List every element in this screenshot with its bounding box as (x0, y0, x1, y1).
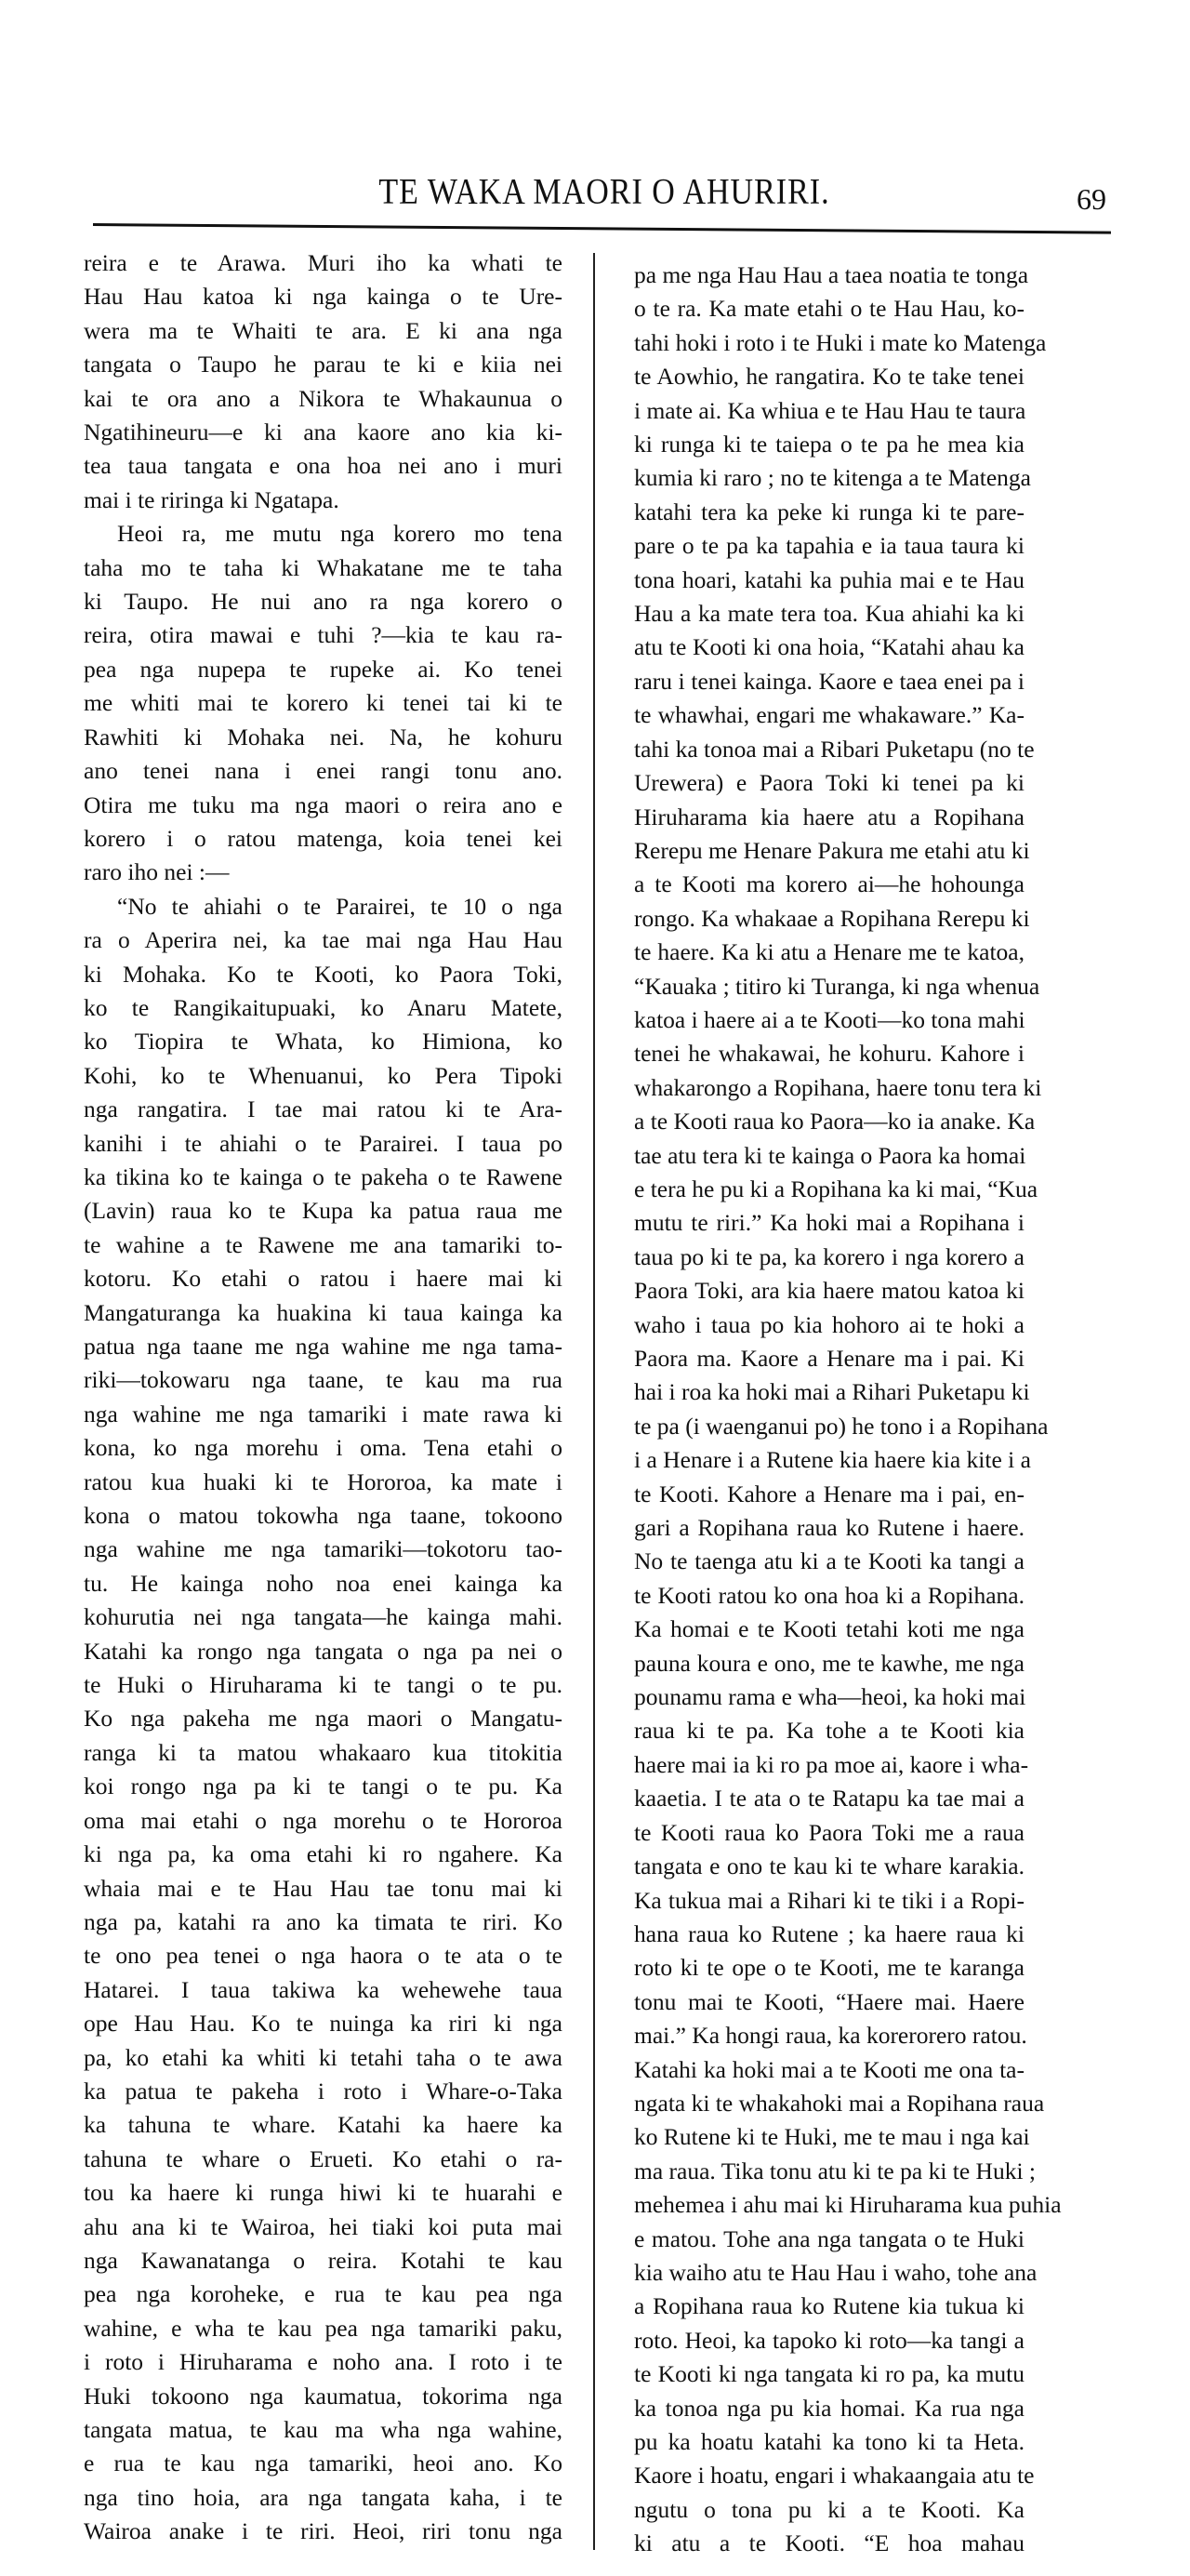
text-line: a te Kooti raua ko Paora—ko ia anake. Ka (634, 1105, 1025, 1138)
text-line: “No te ahiahi o te Parairei, te 10 o nga (84, 890, 562, 923)
text-line: pounamu rama e wha—heoi, ka hoki mai (634, 1680, 1025, 1714)
text-line: korero i o ratou matenga, koia tenei kei (84, 822, 562, 856)
text-line: ko Tiopira te Whata, ko Himiona, ko (84, 1025, 562, 1058)
text-line: taha mo te taha ki Whakatane me te taha (84, 551, 562, 585)
text-line: Katahi ka hoki mai a te Kooti me ona ta- (634, 2053, 1025, 2087)
text-line: te pa (i waenganui po) he tono i a Ropih… (634, 1410, 1025, 1443)
text-line: roto. Heoi, ka tapoko ki roto—ka tangi a (634, 2324, 1025, 2357)
text-line: mai i te riringa ki Ngatapa. (84, 484, 562, 517)
text-line: haere mai ia ki ro pa moe ai, kaore i wh… (634, 1748, 1025, 1782)
text-line: te Huki o Hiruharama ki te tangi o te pu… (84, 1668, 562, 1702)
text-line: tangata o Taupo he parau te ki e kiia ne… (84, 348, 562, 381)
text-line: ope Hau Hau. Ko te nuinga ka riri ki nga (84, 2007, 562, 2040)
text-line: Paora ma. Kaore a Henare ma i pai. Ki (634, 1342, 1025, 1375)
text-line: koi rongo nga pa ki te tangi o te pu. Ka (84, 1770, 562, 1803)
text-line: pea nga nupepa te rupeke ai. Ko tenei (84, 653, 562, 686)
text-line: ahu ana ki te Wairoa, hei tiaki koi puta… (84, 2211, 562, 2244)
text-line: kohurutia nei nga tangata—he kainga mahi… (84, 1600, 562, 1634)
text-line: kona o matou tokowha nga taane, tokoono (84, 1499, 562, 1533)
text-line: Ko nga pakeha me nga maori o Mangatu- (84, 1702, 562, 1735)
text-line: te Kooti. Kahore a Henare ma i pai, en- (634, 1478, 1025, 1511)
text-line: i a Henare i a Rutene kia haere kia kite… (634, 1443, 1025, 1477)
text-line: katahi tera ka peke ki runga ki te pare- (634, 496, 1025, 529)
text-line: ra o Aperira nei, ka tae mai nga Hau Hau (84, 923, 562, 957)
text-line: i mate ai. Ka whiua e te Hau Hau te taur… (634, 394, 1025, 428)
text-line: tu. He kainga noho noa enei kainga ka (84, 1567, 562, 1600)
right-column: pa me nga Hau Hau a taea noatia te tonga… (634, 259, 1025, 2561)
text-line: nga Kawanatanga o reira. Kotahi te kau (84, 2244, 562, 2277)
text-line: pare o te pa ka tapahia e ia taua taura … (634, 529, 1025, 563)
text-line: atu te Kooti ki ona hoia, “Katahi ahau k… (634, 631, 1025, 664)
text-line: patua nga taane me nga wahine me nga tam… (84, 1330, 562, 1363)
text-line: ki Mohaka. Ko te Kooti, ko Paora Toki, (84, 958, 562, 991)
text-line: ranga ki ta matou whakaaro kua titokitia (84, 1736, 562, 1770)
text-line: te Aowhio, he rangatira. Ko te take tene… (634, 360, 1025, 393)
text-line: ngutu o tona pu ki a te Kooti. Ka (634, 2493, 1025, 2527)
text-line: Kohi, ko te Whenuanui, ko Pera Tipoki (84, 1059, 562, 1093)
text-line: raro iho nei :— (84, 856, 562, 889)
text-line: reira e te Arawa. Muri iho ka whati te (84, 246, 562, 280)
text-line: Hatarei. I taua takiwa ka wehewehe taua (84, 1973, 562, 2007)
text-line: me whiti mai te korero ki tenei tai ki t… (84, 686, 562, 720)
text-line: ko te Rangikaitupuaki, ko Anaru Matete, (84, 991, 562, 1025)
text-line: pauna koura e ono, me te kawhe, me nga (634, 1647, 1025, 1680)
text-line: tahi hoki i roto i te Huki i mate ko Mat… (634, 326, 1025, 360)
left-column: reira e te Arawa. Muri iho ka whati teHa… (84, 246, 562, 2549)
text-line: waho i taua po kia hohoro ai te hoki a (634, 1308, 1025, 1342)
text-line: Paora Toki, ara kia haere matou katoa ki (634, 1274, 1025, 1308)
page-number: 69 (1077, 182, 1106, 217)
text-line: nga rangatira. I tae mai ratou ki te Ara… (84, 1093, 562, 1126)
text-line: roto ki te ope o te Kooti, me te karanga (634, 1951, 1025, 1985)
text-line: katoa i haere ai a te Kooti—ko tona mahi (634, 1003, 1025, 1037)
text-line: tenei he whakawai, he kohuru. Kahore i (634, 1037, 1025, 1070)
text-line: rongo. Ka whakaae a Ropihana Rerepu ki (634, 902, 1025, 936)
text-line: oma mai etahi o nga morehu o te Hororoa (84, 1804, 562, 1838)
text-line: taua po ki te pa, ka korero i nga korero… (634, 1241, 1025, 1274)
text-line: ka patua te pakeha i roto i Whare-o-Taka (84, 2075, 562, 2108)
text-line: wera ma te Whaiti te ara. E ki ana nga (84, 314, 562, 348)
text-line: Otira me tuku ma nga maori o reira ano e (84, 789, 562, 822)
text-line: Huki tokoono nga kaumatua, tokorima nga (84, 2380, 562, 2413)
text-line: Rawhiti ki Mohaka nei. Na, he kohuru (84, 721, 562, 754)
text-line: kona, ko nga morehu i oma. Tena etahi o (84, 1431, 562, 1465)
text-line: ka tikina ko te kainga o te pakeha o te … (84, 1161, 562, 1194)
text-line: nga wahine me nga tamariki i mate rawa k… (84, 1398, 562, 1431)
text-line: Rerepu me Henare Pakura me etahi atu ki (634, 834, 1025, 868)
text-line: te wahine a te Rawene me ana tamariki to… (84, 1228, 562, 1262)
text-line: mehemea i ahu mai ki Hiruharama kua puhi… (634, 2188, 1025, 2222)
text-line: te Kooti raua ko Paora Toki me a raua (634, 1816, 1025, 1850)
text-line: Hiruharama kia haere atu a Ropihana (634, 801, 1025, 834)
text-line: Ka tukua mai a Rihari ki te tiki i a Rop… (634, 1884, 1025, 1918)
newspaper-title: TE WAKA MAORI O AHURIRI. (279, 172, 930, 213)
text-line: reira, otira mawai e tuhi ?—kia te kau r… (84, 618, 562, 652)
text-line: kotoru. Ko etahi o ratou i haere mai ki (84, 1262, 562, 1295)
text-line: whaia mai e te Hau Hau tae tonu mai ki (84, 1872, 562, 1905)
text-line: pea nga koroheke, e rua te kau pea nga (84, 2277, 562, 2311)
text-line: riki—tokowaru nga taane, te kau ma rua (84, 1363, 562, 1397)
text-line: ki Taupo. He nui ano ra nga korero o (84, 585, 562, 618)
text-line: Mangaturanga ka huakina ki taua kainga k… (84, 1296, 562, 1330)
text-line: a Ropihana raua ko Rutene kia tukua ki (634, 2290, 1025, 2323)
text-line: wahine, e wha te kau pea nga tamariki pa… (84, 2312, 562, 2345)
text-line: Ka homai e te Kooti tetahi koti me nga (634, 1613, 1025, 1646)
text-line: ki runga ki te taiepa o te pa he mea kia (634, 428, 1025, 461)
text-line: i roto i Hiruharama e noho ana. I roto i… (84, 2345, 562, 2379)
text-line: o te ra. Ka mate etahi o te Hau Hau, ko- (634, 292, 1025, 325)
text-line: tona hoari, katahi ka puhia mai e te Hau (634, 564, 1025, 597)
text-line: ma raua. Tika tonu atu ki te pa ki te Hu… (634, 2155, 1025, 2188)
text-line: Hau a ka mate tera toa. Kua ahiahi ka ki (634, 597, 1025, 631)
text-line: ka tonoa nga pu kia homai. Ka rua nga (634, 2392, 1025, 2425)
text-line: Urewera) e Paora Toki ki tenei pa ki (634, 766, 1025, 800)
text-line: Wairoa anake i te riri. Heoi, riri tonu … (84, 2515, 562, 2548)
text-line: pu ka hoatu katahi ka tono ki ta Heta. (634, 2425, 1025, 2459)
text-line: Ngatihineuru—e ki ana kaore ano kia ki- (84, 416, 562, 449)
text-line: No te taenga atu ki a te Kooti ka tangi … (634, 1545, 1025, 1578)
text-line: ka tahuna te whare. Katahi ka haere ka (84, 2108, 562, 2142)
text-line: gari a Ropihana raua ko Rutene i haere. (634, 1511, 1025, 1545)
text-line: te Kooti ki nga tangata ki ro pa, ka mut… (634, 2357, 1025, 2391)
column-divider (593, 253, 595, 2550)
text-line: pa me nga Hau Hau a taea noatia te tonga (634, 259, 1025, 292)
text-line: Hau Hau katoa ki nga kainga o te Ure- (84, 280, 562, 313)
text-line: tahi ka tonoa mai a Ribari Puketapu (no … (634, 733, 1025, 766)
text-line: tangata matua, te kau ma wha nga wahine, (84, 2413, 562, 2447)
text-line: nga tino hoia, ara nga tangata kaha, i t… (84, 2481, 562, 2515)
text-line: “Kauaka ; titiro ki Turanga, ki nga when… (634, 970, 1025, 1003)
text-line: ki nga pa, ka oma etahi ki ro ngahere. K… (84, 1838, 562, 1871)
text-line: raua ki te pa. Ka tohe a te Kooti kia (634, 1714, 1025, 1747)
text-line: Heoi ra, me mutu nga korero mo tena (84, 517, 562, 551)
text-line: kia waiho atu te Hau Hau i waho, tohe an… (634, 2256, 1025, 2290)
text-line: mai.” Ka hongi raua, ka korerorero ratou… (634, 2019, 1025, 2052)
text-line: ratou kua huaki ki te Hororoa, ka mate i (84, 1466, 562, 1499)
text-line: te ono pea tenei o nga haora o te ata o … (84, 1939, 562, 1972)
text-line: tae atu tera ki te kainga o Paora ka hom… (634, 1139, 1025, 1173)
header-rule (93, 223, 1111, 234)
text-line: e tera he pu ki a Ropihana ka ki mai, “K… (634, 1173, 1025, 1206)
text-line: hai i roa ka hoki mai a Rihari Puketapu … (634, 1375, 1025, 1409)
text-line: Kaore i hoatu, engari i whakaangaia atu … (634, 2459, 1025, 2492)
text-line: tea taua tangata e ona hoa nei ano i mur… (84, 449, 562, 483)
text-line: te Kooti ratou ko ona hoa ki a Ropihana. (634, 1579, 1025, 1613)
text-line: Katahi ka rongo nga tangata o nga pa nei… (84, 1635, 562, 1668)
text-line: hana raua ko Rutene ; ka haere raua ki (634, 1918, 1025, 1951)
text-line: e rua te kau nga tamariki, heoi ano. Ko (84, 2447, 562, 2480)
text-line: a te Kooti ma korero ai—he hohounga (634, 868, 1025, 901)
text-line: raru i tenei kainga. Kaore e taea enei p… (634, 665, 1025, 698)
text-line: kanihi i te ahiahi o te Parairei. I taua… (84, 1127, 562, 1161)
text-line: tonu mai te Kooti, “Haere mai. Haere (634, 1985, 1025, 2019)
text-line: te haere. Ka ki atu a Henare me te katoa… (634, 936, 1025, 969)
text-line: whakarongo a Ropihana, haere tonu tera k… (634, 1071, 1025, 1105)
text-line: mutu te riri.” Ka hoki mai a Ropihana i (634, 1206, 1025, 1240)
text-line: nga pa, katahi ra ano ka timata te riri.… (84, 1905, 562, 1939)
text-line: (Lavin) raua ko te Kupa ka patua raua me (84, 1194, 562, 1228)
text-line: nga wahine me nga tamariki—tokotoru tao- (84, 1533, 562, 1566)
text-line: tahuna te whare o Erueti. Ko etahi o ra- (84, 2143, 562, 2176)
text-line: kaaetia. I te ata o te Ratapu ka tae mai… (634, 1782, 1025, 1815)
text-line: tou ka haere ki runga hiwi ki te huarahi… (84, 2176, 562, 2210)
text-line: kai te ora ano a Nikora te Whakaunua o (84, 382, 562, 416)
text-line: ki atu a te Kooti. “E hoa mahau (634, 2527, 1025, 2560)
text-line: ano tenei nana i enei rangi tonu ano. (84, 754, 562, 788)
text-line: e matou. Tohe ana nga tangata o te Huki (634, 2223, 1025, 2256)
text-line: pa, ko etahi ka whiti ki tetahi taha o t… (84, 2041, 562, 2075)
text-line: ko Rutene ki te Huki, me te mau i nga ka… (634, 2120, 1025, 2154)
text-line: kumia ki raro ; no te kitenga a te Maten… (634, 461, 1025, 495)
text-line: ngata ki te whakahoki mai a Ropihana rau… (634, 2087, 1025, 2120)
text-line: tangata e ono te kau ki te whare karakia… (634, 1850, 1025, 1883)
text-line: te whawhai, engari me whakaware.” Ka- (634, 698, 1025, 732)
